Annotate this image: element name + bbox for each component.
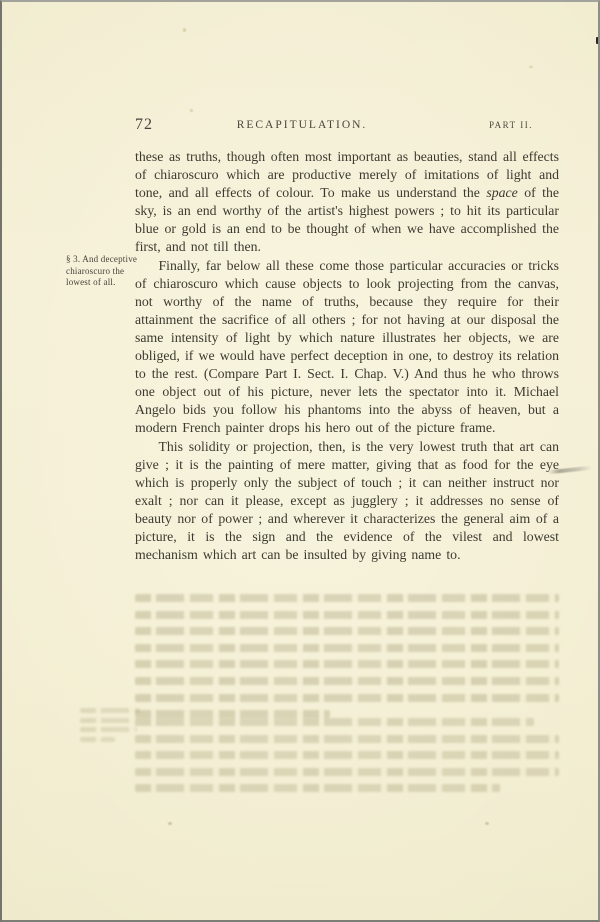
ghost-text-line <box>135 677 559 685</box>
showthrough-text-block <box>135 718 559 801</box>
showthrough-margin-note <box>80 708 140 746</box>
ghost-text-line <box>135 644 559 652</box>
part-label: PART II. <box>489 120 533 130</box>
paragraph-1: these as truths, though often most impor… <box>135 148 559 257</box>
paragraph-1-italic-word: space <box>486 185 517 200</box>
body-text: these as truths, though often most impor… <box>135 148 559 564</box>
ghost-text-line <box>135 611 559 619</box>
ghost-text-line <box>135 710 330 718</box>
ghost-text-line <box>135 627 559 635</box>
ghost-text-line <box>80 727 137 732</box>
ghost-text-line <box>135 751 559 759</box>
margin-note: § 3. And deceptive chiaroscuro the lowes… <box>66 254 140 289</box>
ghost-text-line <box>135 594 559 602</box>
running-header: 72 RECAPITULATION. PART II. <box>2 114 600 136</box>
ghost-text-line <box>80 737 115 742</box>
scanned-book-page: 72 RECAPITULATION. PART II. § 3. And dec… <box>0 0 600 922</box>
foxing-spot <box>529 66 533 68</box>
foxing-spot <box>183 28 186 32</box>
showthrough-text-block <box>135 594 559 727</box>
foxing-spot <box>485 822 489 825</box>
paragraph-3: This solidity or projection, then, is th… <box>135 438 559 565</box>
ghost-text-line <box>135 784 500 792</box>
ghost-text-line <box>135 768 559 776</box>
ghost-text-line <box>135 694 559 702</box>
ghost-text-line <box>135 718 534 726</box>
ink-speck <box>596 37 600 44</box>
ghost-text-line <box>80 708 140 713</box>
ghost-text-line <box>135 735 559 743</box>
paragraph-2: Finally, far below all these come those … <box>135 257 559 438</box>
ghost-text-line <box>135 660 559 668</box>
foxing-spot <box>190 109 193 112</box>
foxing-spot <box>168 822 172 825</box>
ghost-text-line <box>80 718 133 723</box>
